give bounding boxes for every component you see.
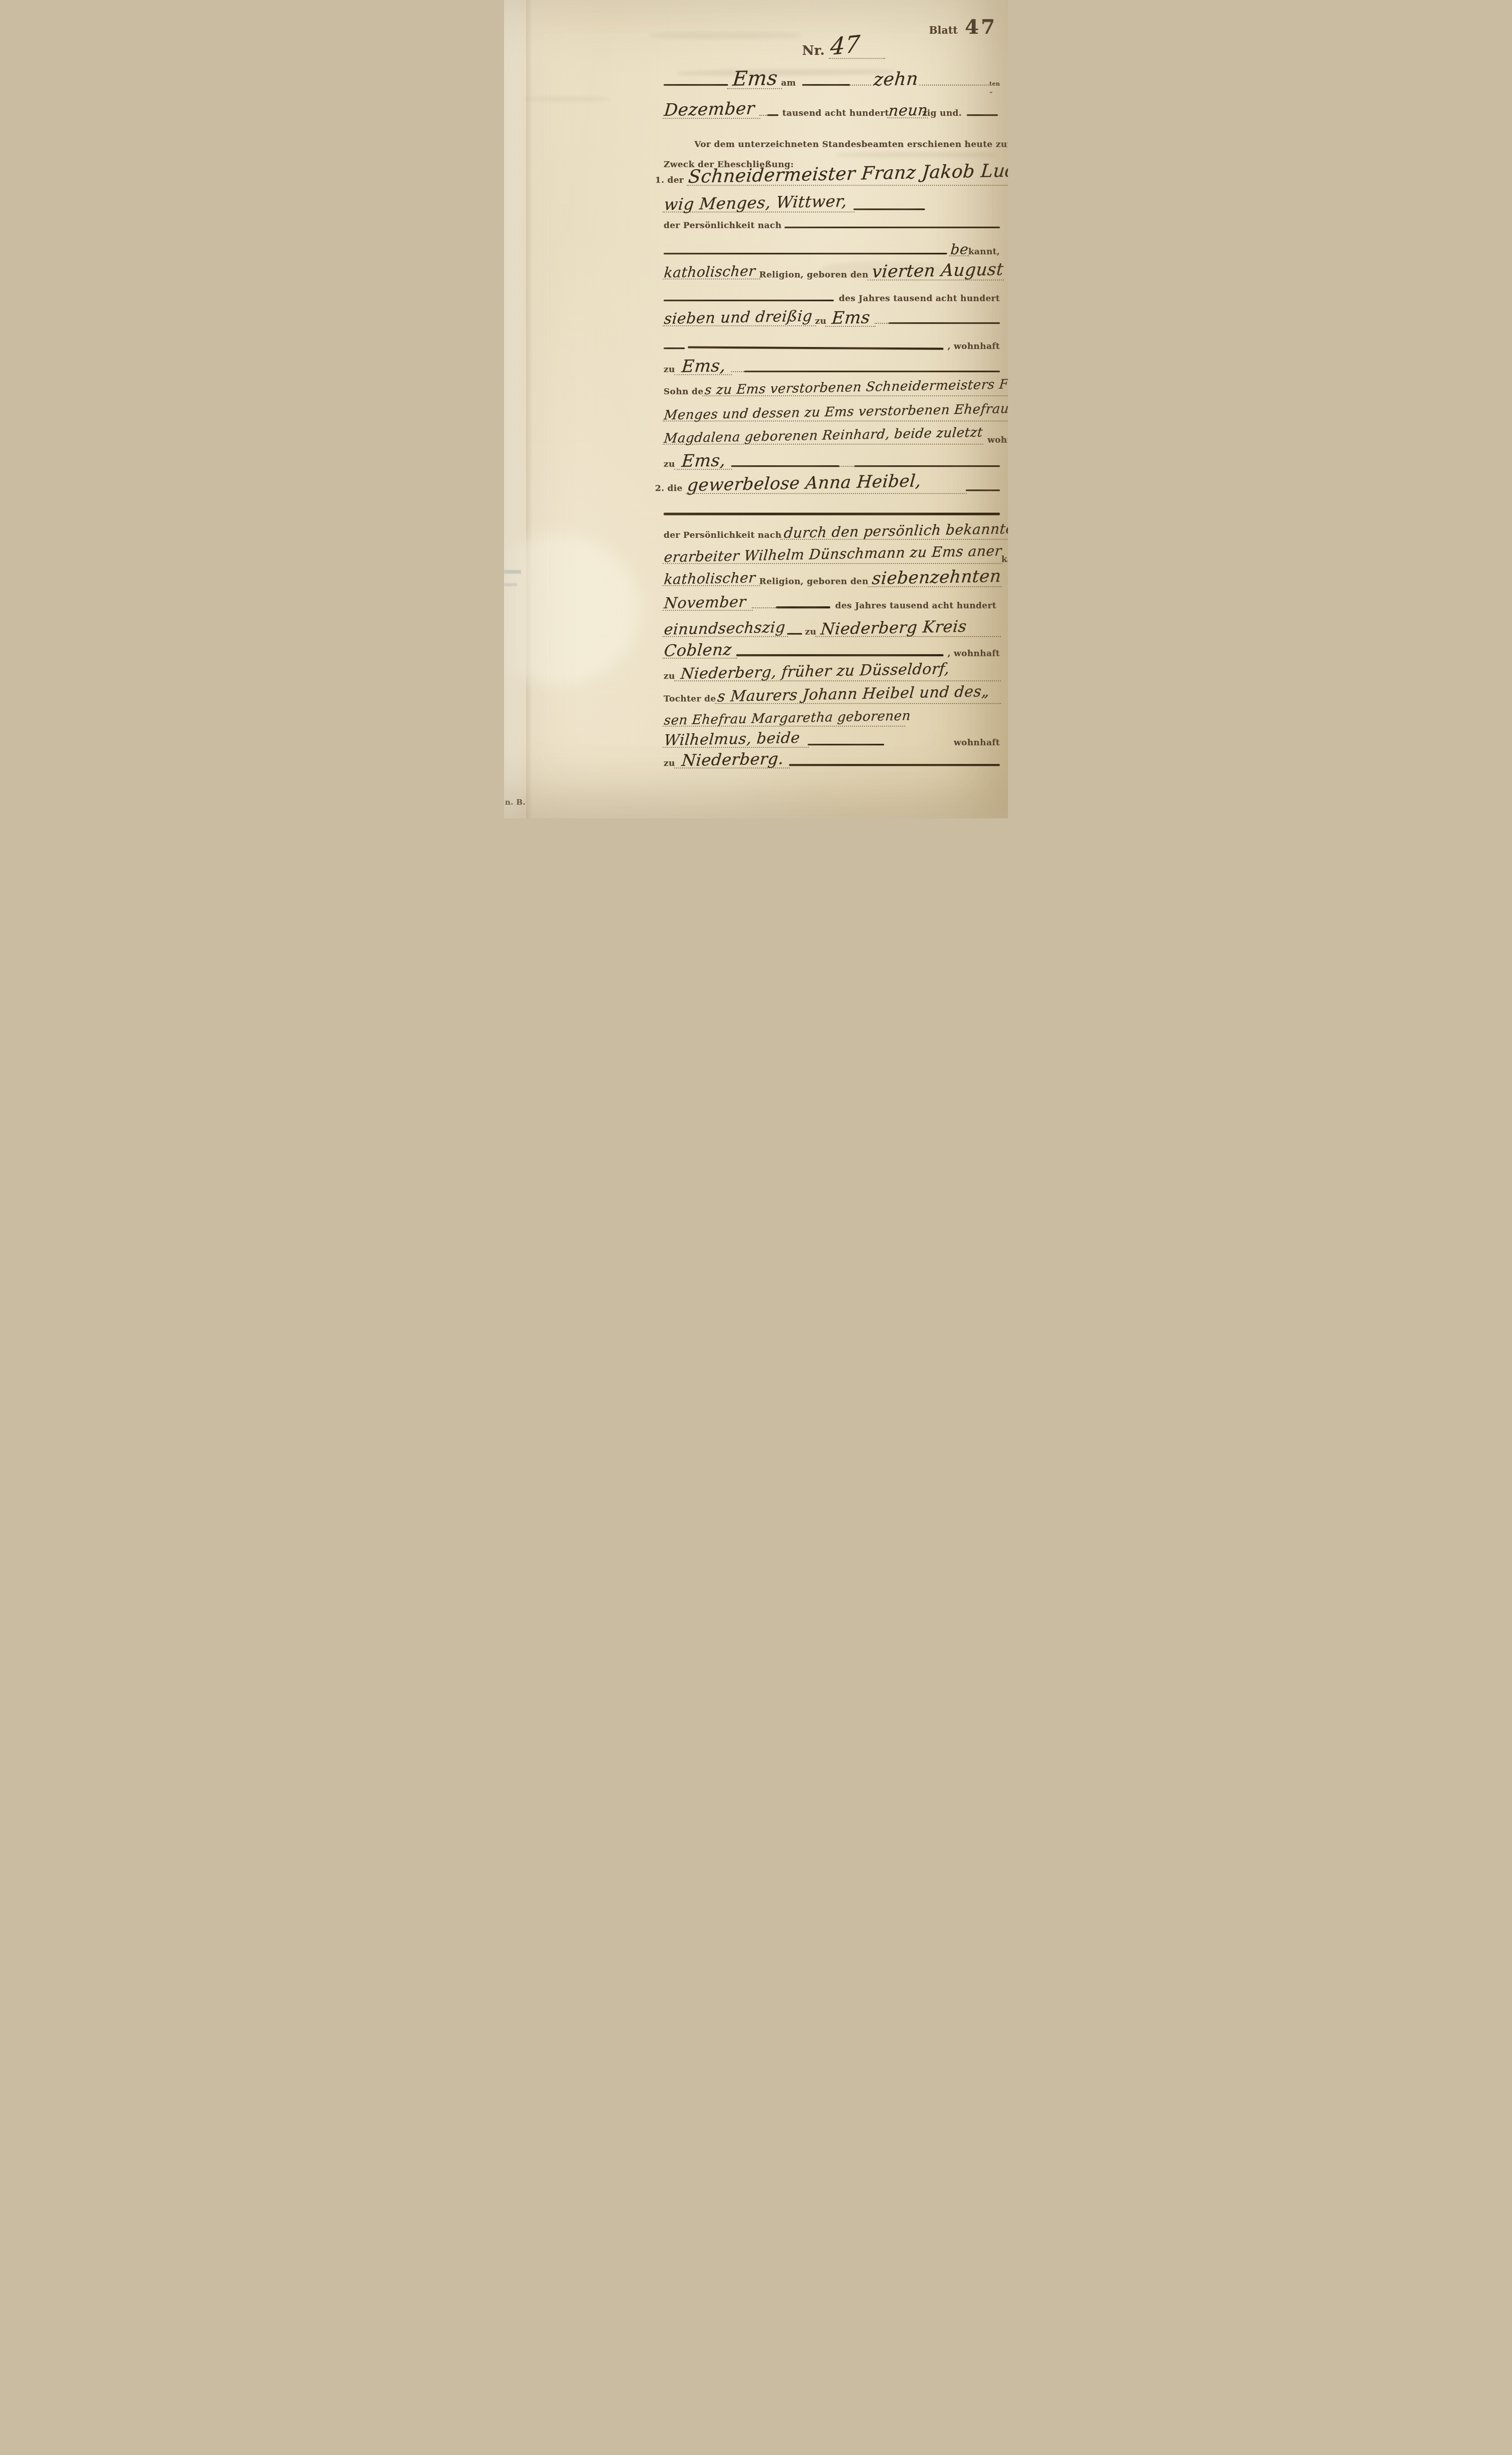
form-line-groom-identity: der Persönlichkeit nach bbox=[664, 221, 1000, 231]
form-line-bride-birthmonth: November des Jahres tausend acht hundert bbox=[664, 595, 1000, 612]
bride-parents-line3: Wilhelmus, beide bbox=[663, 729, 801, 749]
form-line-groom-parents-1: Sohn de s zu Ems verstorbenen Schneiderm… bbox=[664, 383, 1000, 398]
entry-number-label: Nr. bbox=[802, 43, 825, 58]
groom-parents-wohnhaft-printed: wohnhaft bbox=[987, 435, 1008, 445]
groom-religion-value: katholischer bbox=[663, 262, 756, 281]
ink-stroke bbox=[802, 84, 850, 86]
bride-known-line1: durch den persönlich bekannten Brau„ bbox=[783, 519, 1008, 541]
year-tens-value: neun bbox=[888, 101, 928, 120]
groom-residence-zu-label: zu bbox=[664, 365, 675, 375]
groom-birthplace-value: Ems bbox=[831, 307, 871, 328]
intro-text-1: Vor dem unterzeichneten Standesbeamten e… bbox=[694, 139, 1008, 150]
groom-birthyear-value: sieben und dreißig bbox=[663, 307, 813, 328]
groom-parents-residence-value: Ems, bbox=[681, 450, 727, 471]
bride-birthplace-field-2: Coblenz bbox=[664, 641, 736, 660]
bride-parents-residence-value: Niederberg. bbox=[681, 749, 784, 770]
bride-religion-printed: Religion, geboren den bbox=[759, 577, 869, 587]
form-line-bride-identity: der Persönlichkeit nach durch den persön… bbox=[664, 525, 1000, 541]
bride-wohnhaft-printed: , wohnhaft bbox=[948, 649, 1000, 659]
ink-stroke bbox=[776, 606, 830, 608]
groom-parents-field-3: Magdalena geborenen Reinhard, beide zule… bbox=[664, 431, 982, 446]
bride-known-printed: kannt, bbox=[1001, 554, 1008, 565]
bride-birthday-field: siebenzehnten bbox=[869, 569, 1000, 589]
form-line-bride-religion-birth: katholischer Religion, geboren den siebe… bbox=[664, 569, 1000, 589]
bride-residence-zu-label: zu bbox=[664, 671, 675, 681]
groom-birthplace-zu-label: zu bbox=[815, 316, 827, 326]
ink-stroke bbox=[664, 84, 728, 86]
continuation-mark: „ bbox=[989, 87, 993, 94]
form-line-bride-birthplace-2: Coblenz , wohnhaft bbox=[664, 641, 1000, 660]
ink-stroke bbox=[854, 465, 1000, 467]
ink-stroke bbox=[736, 654, 944, 656]
page-edge bbox=[504, 0, 527, 818]
bride-parents-field-2: sen Ehefrau Margaretha geborenen bbox=[664, 713, 904, 728]
ink-stroke bbox=[889, 322, 1000, 324]
bride-parents-prefix: Tochter de bbox=[664, 694, 716, 704]
bride-parents-field-3: Wilhelmus, beide bbox=[664, 732, 808, 749]
ink-stroke bbox=[966, 489, 1000, 491]
groom-parents-field-1: s zu Ems verstorbenen Schneidermeisters … bbox=[703, 383, 1008, 398]
groom-index-label: 1. der bbox=[655, 175, 684, 185]
bride-religion-field: katholischer bbox=[664, 571, 759, 588]
groom-residence-value: Ems, bbox=[681, 356, 727, 377]
bride-parents-residence-field: Niederberg. bbox=[675, 751, 789, 770]
dotted-rule bbox=[731, 370, 744, 372]
form-line-groom-name-2: wig Menges, Wittwer, bbox=[664, 195, 1000, 214]
bride-birthplace-line1: Niederberg Kreis bbox=[820, 616, 968, 639]
dotted-rule bbox=[759, 114, 767, 116]
day-suffix: ten „ bbox=[989, 81, 1000, 94]
groom-name-line2: wig Menges, Wittwer, bbox=[663, 191, 848, 214]
month-field: Dezember bbox=[664, 100, 759, 120]
form-line-groom-birthyear-label: des Jahres tausend acht hundert bbox=[664, 294, 1000, 304]
groom-residence-field: Ems, bbox=[675, 357, 731, 377]
groom-identity-label: der Persönlichkeit nach bbox=[664, 221, 781, 231]
year-printed-prefix: tausend acht hundert bbox=[782, 108, 889, 118]
bride-birthyear-field: einundsechszig bbox=[664, 621, 787, 639]
entry-number-line: Nr. 47 bbox=[802, 33, 884, 60]
bleed-through-smudge bbox=[650, 32, 801, 39]
margin-note-text: n. B. bbox=[505, 798, 526, 807]
intro-line-1: Vor dem unterzeichneten Standesbeamten e… bbox=[694, 139, 1000, 150]
bride-birthmonth-value: November bbox=[663, 593, 747, 612]
form-line-bride-parents-2: sen Ehefrau Margaretha geborenen bbox=[664, 713, 1000, 728]
groom-parents-residence-field: Ems, bbox=[675, 451, 731, 471]
form-line-place-date: Ems am zehn ten „ bbox=[664, 67, 1000, 94]
groom-name-field-2: wig Menges, Wittwer, bbox=[664, 195, 853, 214]
bride-name-value: gewerbelose Anna Heibel, bbox=[686, 471, 922, 496]
dotted-rule bbox=[839, 465, 854, 467]
page-crease bbox=[526, 0, 532, 818]
bride-parents-field-1: s Maurers Johann Heibel und des„ bbox=[716, 688, 1000, 706]
bride-birthplace-field: Niederberg Kreis bbox=[816, 619, 1000, 639]
groom-birthday-value: vierten August bbox=[871, 259, 1004, 282]
groom-religion-field: katholischer bbox=[664, 264, 759, 281]
dotted-rule bbox=[919, 84, 989, 86]
ink-stroke bbox=[664, 300, 834, 301]
groom-religion-printed: Religion, geboren den bbox=[759, 270, 869, 280]
bride-residence-value: Niederberg, früher zu Düsseldorf, bbox=[680, 660, 950, 683]
bride-religion-value: katholischer bbox=[663, 569, 756, 588]
ink-stroke bbox=[787, 633, 802, 635]
place-value: Ems bbox=[732, 66, 778, 91]
form-line-groom-parents-residence: zu Ems, bbox=[664, 451, 1000, 471]
form-line-bride-parents-residence: zu Niederberg. bbox=[664, 751, 1000, 770]
groom-known-printed: kannt, bbox=[968, 247, 1000, 257]
bride-residence-field: Niederberg, früher zu Düsseldorf, bbox=[675, 665, 1000, 683]
bride-index-label: 2. die bbox=[655, 483, 683, 494]
register-page: Blatt 47 Nr. 47 Ems am zehn ten „ Dezemb… bbox=[504, 0, 1008, 818]
bride-identity-label: der Persönlichkeit nach bbox=[664, 530, 781, 540]
sheet-number: 47 bbox=[965, 15, 997, 39]
ink-stroke bbox=[664, 347, 685, 349]
ink-stroke bbox=[789, 764, 1000, 766]
form-line-bride-name: 2. die gewerbelose Anna Heibel, bbox=[655, 475, 1000, 496]
bride-birthyear-printed: des Jahres tausend acht hundert bbox=[835, 601, 996, 611]
ink-stroke bbox=[664, 253, 947, 254]
bride-parents-wohnhaft-printed: wohnhaft bbox=[954, 738, 1000, 748]
margin-note: n. B. bbox=[505, 797, 526, 807]
form-line-bride-residence: zu Niederberg, früher zu Düsseldorf, bbox=[664, 665, 1000, 683]
bleed-through-mark bbox=[504, 570, 521, 574]
sheet-label: Blatt bbox=[929, 24, 958, 36]
form-line-groom-parents-2: Menges und dessen zu Ems verstorbenen Eh… bbox=[664, 408, 1000, 423]
dotted-rule bbox=[875, 322, 889, 324]
bleed-through-smudge bbox=[524, 97, 610, 102]
dotted-rule bbox=[850, 84, 871, 86]
form-line-blank bbox=[664, 513, 1000, 516]
bride-name-field: gewerbelose Anna Heibel, bbox=[687, 475, 966, 496]
ink-stroke bbox=[664, 513, 1000, 515]
bride-known-field-1: durch den persönlich bekannten Brau„ bbox=[781, 525, 1008, 541]
bride-parents-line2: sen Ehefrau Margaretha geborenen bbox=[663, 709, 911, 728]
form-line-bride-parents-1: Tochter de s Maurers Johann Heibel und d… bbox=[664, 688, 1000, 706]
bride-birthyear-value: einundsechszig bbox=[663, 618, 786, 639]
entry-number-value: 47 bbox=[829, 30, 861, 60]
bleed-through-mark bbox=[504, 583, 517, 586]
entry-number-field: 47 bbox=[830, 33, 884, 60]
ink-stroke bbox=[853, 208, 925, 210]
groom-parents-line3: Magdalena geborenen Reinhard, beide zule… bbox=[663, 425, 983, 446]
groom-parents-prefix: Sohn de bbox=[664, 387, 703, 397]
form-line-bride-birthyear-place: einundsechszig zu Niederberg Kreis bbox=[664, 619, 1000, 639]
form-line-groom-parents-3: Magdalena geborenen Reinhard, beide zule… bbox=[664, 431, 1000, 446]
paper-light-patch bbox=[504, 534, 640, 685]
bride-parents-residence-zu: zu bbox=[664, 758, 675, 768]
bride-known-field-2: erarbeiter Wilhelm Dünschmann zu Ems ane… bbox=[664, 549, 1001, 566]
form-line-bride-parents-3: Wilhelmus, beide wohnhaft bbox=[664, 732, 1000, 749]
ink-stroke bbox=[744, 371, 1000, 372]
groom-birthyear-printed: des Jahres tausend acht hundert bbox=[839, 294, 1000, 304]
form-line-groom-known: be kannt, bbox=[664, 241, 1000, 258]
place-field: Ems bbox=[728, 67, 781, 91]
form-line-groom-name-1: 1. der Schneidermeister Franz Jakob Lud„ bbox=[655, 167, 1000, 187]
groom-parents-line2: Menges und dessen zu Ems verstorbenen Eh… bbox=[663, 400, 1008, 423]
day-suffix-label: ten bbox=[989, 81, 1000, 87]
ink-stroke bbox=[767, 114, 778, 116]
groom-parents-field-2: Menges und dessen zu Ems verstorbenen Eh… bbox=[664, 408, 1008, 423]
groom-birthplace-field: Ems bbox=[826, 308, 875, 328]
ink-stroke bbox=[784, 227, 1000, 228]
bride-birthplace-line2: Coblenz bbox=[663, 640, 733, 660]
groom-name-field: Schneidermeister Franz Jakob Lud„ bbox=[688, 167, 1008, 187]
bride-known-line2: erarbeiter Wilhelm Dünschmann zu Ems ane… bbox=[663, 542, 1002, 566]
year-printed-suffix: zig und. bbox=[922, 108, 962, 118]
dotted-rule bbox=[752, 606, 776, 608]
sheet-header: Blatt 47 bbox=[929, 15, 997, 39]
ink-stroke bbox=[967, 114, 998, 116]
groom-parents-residence-zu: zu bbox=[664, 459, 675, 469]
form-line-groom-birthyear-place: sieben und dreißig zu Ems bbox=[664, 308, 1000, 328]
bride-parents-line1: s Maurers Johann Heibel und des„ bbox=[716, 683, 990, 706]
bleed-through-smudge bbox=[836, 152, 997, 158]
ink-stroke bbox=[808, 744, 884, 745]
form-line-groom-religion-birth: katholischer Religion, geboren den viert… bbox=[664, 262, 1000, 282]
groom-birthday-field: vierten August bbox=[869, 262, 1003, 282]
groom-parents-line1: s zu Ems verstorbenen Schneidermeisters … bbox=[704, 376, 1008, 398]
ink-stroke bbox=[731, 465, 839, 467]
form-line-month-year: Dezember tausend acht hundert neun zig u… bbox=[664, 100, 1000, 120]
ink-stroke bbox=[688, 346, 944, 349]
bride-birthplace-zu-label: zu bbox=[805, 627, 817, 637]
month-value: Dezember bbox=[663, 98, 755, 120]
form-line-groom-wohnhaft: , wohnhaft bbox=[664, 341, 1000, 352]
form-line-groom-residence: zu Ems, bbox=[664, 357, 1000, 377]
groom-birthyear-field: sieben und dreißig bbox=[664, 310, 815, 328]
year-tens-field: neun bbox=[888, 102, 927, 120]
form-line-bride-known: erarbeiter Wilhelm Dünschmann zu Ems ane… bbox=[664, 549, 1000, 566]
groom-wohnhaft-printed: , wohnhaft bbox=[948, 341, 1000, 352]
am-label: am bbox=[781, 78, 796, 88]
day-value: zehn bbox=[871, 68, 921, 90]
groom-known-handwritten: be bbox=[950, 241, 969, 258]
bride-birthmonth-field: November bbox=[664, 595, 752, 612]
bride-birthday-value: siebenzehnten bbox=[871, 566, 1002, 589]
groom-known-field: be bbox=[950, 241, 968, 258]
